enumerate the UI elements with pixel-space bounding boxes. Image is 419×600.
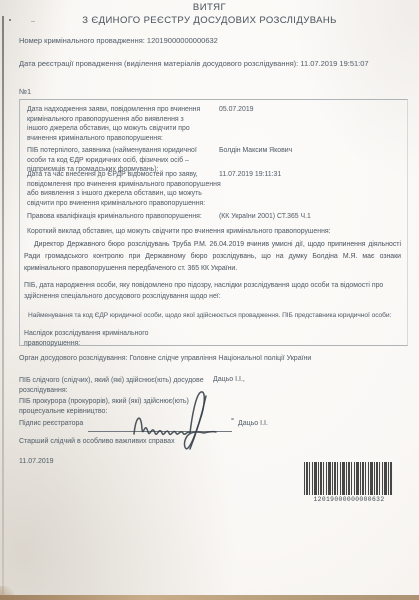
barcode-bars [304,462,393,495]
investigation-body-line: Орган досудового розслідування: Головне … [19,355,404,362]
row-label: Правова кваліфікація кримінального право… [27,212,237,222]
registrar-name: Дацьо І.І. [238,420,268,427]
suspect-row: ПІБ, дата народження особи, яку повідомл… [24,281,404,302]
case-number-line: Номер кримінального провадження: 1201900… [19,36,218,45]
summary-text: Директор Державного бюро розслідувань Тр… [24,239,401,275]
scan-edge-bottom [0,595,419,600]
document-title: ВИТЯГ [0,2,419,13]
registrar-signature-label: Підпис реєстратора [19,420,83,427]
row-value: 05.07.2019 [219,105,254,115]
registration-date-line: Дата реєстрації провадження (виділення м… [19,58,371,70]
row-value: (КК України 2001) СТ.365 Ч.1 [219,212,311,222]
row-label: Дата та час внесення до ЄРДР відомостей … [27,170,223,208]
legal-entity-row: Найменування та код ЄДР юридичної особи,… [28,312,419,319]
document-page: ВИТЯГ З ЄДИНОГО РЕЄСТРУ ДОСУДОВИХ РОЗСЛІ… [0,0,419,600]
row-label: Дата надходження заяви, повідомлення про… [27,105,203,143]
document-subtitle: З ЄДИНОГО РЕЄСТРУ ДОСУДОВИХ РОЗСЛІДУВАНЬ [0,15,419,26]
handwritten-signature [128,386,238,451]
investigator-name: Дацьо І.І., [213,376,245,383]
summary-heading: Короткий виклад обставин, що можуть свід… [27,228,405,235]
row-value: Болдін Максим Якович [219,146,292,156]
result-row: Наслідок розслідування кримінального пра… [24,329,164,349]
barcode-number: 12019000000000632 [300,496,398,503]
case-details-table: Дата надходження заяви, повідомлення про… [19,99,408,346]
barcode: 12019000000000632 [300,462,398,503]
row-value: 11.07.2019 19:11:31 [219,170,281,180]
document-date: 11.07.2019 [19,458,54,465]
scan-edge-left [2,16,4,594]
record-number: №1 [19,87,31,96]
